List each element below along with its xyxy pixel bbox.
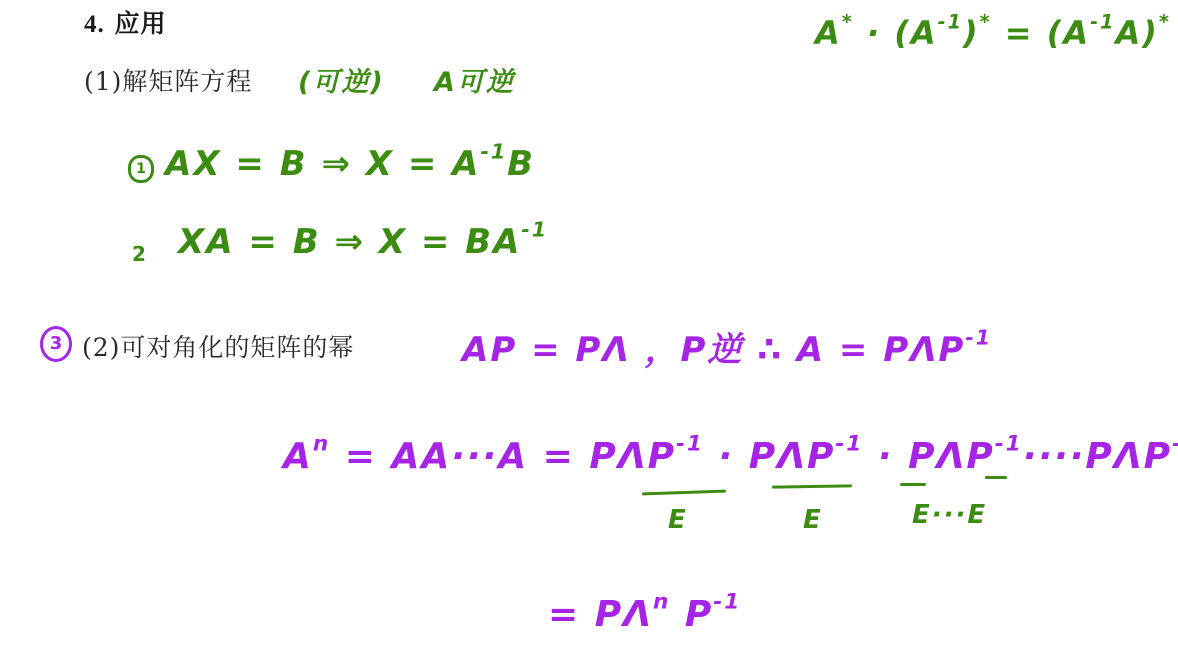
factor-term: · PΛP	[863, 436, 994, 477]
circled-number-1-icon: 1	[128, 155, 154, 183]
product-expansion: = AA···A =	[330, 436, 589, 477]
power-exponent: n	[313, 432, 330, 457]
formula-sup: *	[1159, 11, 1171, 34]
diagonalization-relation: AP = PΛ ，P逆 ∴ A = PΛP-1	[462, 322, 992, 371]
inverse-superscript: -1	[521, 218, 548, 242]
formula-sup: *	[842, 11, 854, 34]
formula-part: A	[815, 14, 842, 52]
adjugate-inverse-formula: A* · (A-1)* = (A-1A)* =	[815, 14, 1178, 52]
inverse-superscript: -1	[676, 432, 704, 457]
diagonalization-text: AP = PΛ ，P逆 ∴ A = PΛP	[462, 330, 965, 370]
implies-arrow-icon: ⇒	[308, 144, 366, 184]
formula-part: )	[963, 14, 980, 52]
inverse-superscript: -1	[1172, 432, 1178, 457]
formula-part: · (A	[854, 14, 938, 52]
inverse-superscript: -1	[713, 590, 741, 615]
equation-left-multiply: AX = B ⇒ X = A-1B	[165, 144, 535, 184]
equation-lhs: AX = B	[165, 144, 308, 184]
result-term: P	[670, 594, 713, 635]
equation-rhs: X = BA	[379, 222, 522, 262]
handwritten-note-a-invertible: A可逆	[434, 60, 515, 99]
formula-part: A)	[1115, 14, 1158, 52]
equation-rhs: X = A	[366, 144, 481, 184]
identity-label: E···E	[912, 500, 987, 530]
power-exponent: n	[653, 590, 670, 615]
result-term: = PΛ	[548, 594, 653, 635]
inverse-superscript: -1	[480, 140, 507, 164]
section-title-text: 应用	[114, 9, 166, 38]
equation-rhs-tail: B	[507, 144, 535, 184]
inverse-superscript: -1	[835, 432, 863, 457]
identity-label: E	[803, 505, 823, 535]
factor-term: · PΛP	[704, 436, 835, 477]
matrix-power-expansion: An = AA···A = PΛP-1 · PΛP-1 · PΛP-1····P…	[283, 436, 1178, 477]
inverse-superscript: -1	[965, 326, 992, 350]
equation-right-multiply: XA = B ⇒ X = BA-1	[178, 222, 548, 262]
circled-number-2-icon: 2	[128, 245, 150, 263]
section-number: 4.	[84, 11, 105, 38]
power-result: = PΛn P-1	[548, 594, 741, 635]
formula-part: =	[1171, 14, 1178, 52]
factor-term: PΛP	[589, 436, 676, 477]
subsection-heading-solve-matrix-equation: (1)解矩阵方程	[84, 62, 252, 98]
circled-number-3-icon: 3	[40, 326, 72, 362]
identity-label: E	[668, 505, 688, 535]
equation-lhs: XA = B	[178, 222, 321, 262]
identity-underline	[642, 490, 726, 496]
implies-arrow-icon: ⇒	[321, 222, 379, 262]
identity-underline	[985, 476, 1007, 479]
identity-underline	[772, 484, 852, 488]
factor-term: ····PΛP	[1023, 436, 1172, 477]
subsection-heading-diagonalizable-power: (2)可对角化的矩阵的幂	[82, 328, 354, 364]
formula-sup: -1	[938, 11, 963, 34]
inverse-superscript: -1	[995, 432, 1023, 457]
formula-sup: *	[980, 11, 992, 34]
section-title: 4. 应用	[84, 4, 166, 40]
formula-sup: -1	[1090, 11, 1115, 34]
identity-underline	[900, 483, 926, 486]
formula-part: = (A	[992, 14, 1090, 52]
handwritten-note-invertible: (可逆)	[298, 60, 385, 99]
power-base: A	[283, 436, 313, 477]
